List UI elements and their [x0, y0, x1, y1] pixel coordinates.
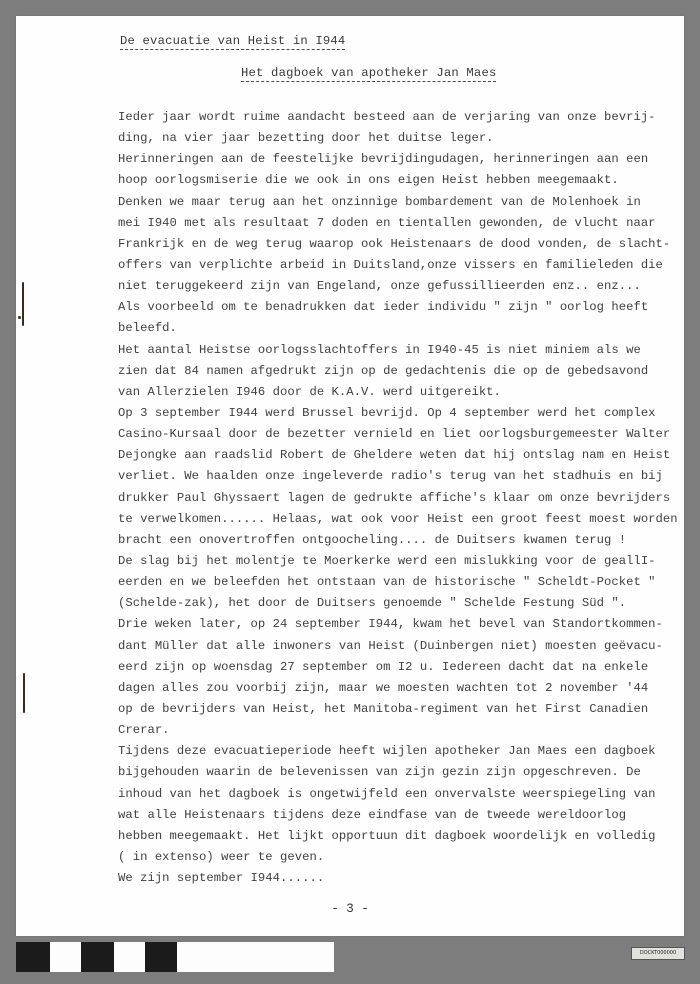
text-line: (Schelde-zak), het door de Duitsers geno… — [118, 593, 678, 614]
margin-pencil-dot — [18, 316, 21, 319]
text-line: wat alle Heistenaars tijdens deze eindfa… — [118, 805, 678, 826]
text-line: van Allerzielen I946 door de K.A.V. werd… — [118, 382, 678, 403]
document-subtitle: Het dagboek van apotheker Jan Maes — [241, 66, 496, 82]
text-line: De slag bij het molentje te Moerkerke we… — [118, 551, 678, 572]
text-line: Als voorbeeld om te benadrukken dat iede… — [118, 297, 678, 318]
text-line: op de bevrijders van Heist, het Manitoba… — [118, 699, 678, 720]
text-line: Het aantal Heistse oorlogsslachtoffers i… — [118, 340, 678, 361]
text-line: offers van verplichte arbeid in Duitslan… — [118, 255, 678, 276]
text-line: dant Müller dat alle inwoners van Heist … — [118, 636, 678, 657]
text-line: te verwelkomen...... Helaas, wat ook voo… — [118, 509, 678, 530]
scan-calibration-strip — [16, 942, 334, 972]
text-line: bijgehouden waarin de belevenissen van z… — [118, 762, 678, 783]
document-page: De evacuatie van Heist in I944 Het dagbo… — [16, 16, 684, 936]
text-line: ding, na vier jaar bezetting door het du… — [118, 128, 678, 149]
text-line: Crerar. — [118, 720, 678, 741]
text-line: Op 3 september I944 werd Brussel bevrijd… — [118, 403, 678, 424]
calibration-block — [114, 942, 145, 972]
text-line: bracht een onovertroffen ontgoocheling..… — [118, 530, 678, 551]
text-line: inhoud van het dagboek is ongetwijfeld e… — [118, 784, 678, 805]
text-line: Casino-Kursaal door de bezetter vernield… — [118, 424, 678, 445]
text-line: Herinneringen aan de feestelijke bevrijd… — [118, 149, 678, 170]
text-line: Denken we maar terug aan het onzinnige b… — [118, 192, 678, 213]
page-number: - 3 - — [16, 902, 684, 916]
archive-id-label: DOCKT000000 — [631, 947, 685, 960]
text-line: zien dat 84 namen afgedrukt zijn op de g… — [118, 361, 678, 382]
text-line: Drie weken later, op 24 september I944, … — [118, 614, 678, 635]
text-line: niet teruggekeerd zijn van Engeland, onz… — [118, 276, 678, 297]
document-body: Ieder jaar wordt ruime aandacht besteed … — [118, 107, 678, 889]
text-line: Dejongke aan raadslid Robert de Gheldere… — [118, 445, 678, 466]
calibration-block — [81, 942, 114, 972]
text-line: verliet. We haalden onze ingeleverde rad… — [118, 466, 678, 487]
margin-pencil-mark — [23, 673, 25, 713]
text-line: ( in extenso) weer te geven. — [118, 847, 678, 868]
calibration-block — [16, 942, 50, 972]
calibration-block — [50, 942, 81, 972]
text-line: hoop oorlogsmiserie die we ook in ons ei… — [118, 170, 678, 191]
text-line: hebben meegemaakt. Het lijkt opportuun d… — [118, 826, 678, 847]
text-line: We zijn september I944...... — [118, 868, 678, 889]
calibration-block — [145, 942, 177, 972]
text-line: eerden en we beleefden het ontstaan van … — [118, 572, 678, 593]
text-line: drukker Paul Ghyssaert lagen de gedrukte… — [118, 488, 678, 509]
text-line: Frankrijk en de weg terug waarop ook Hei… — [118, 234, 678, 255]
text-line: eerd zijn op woensdag 27 september om I2… — [118, 657, 678, 678]
document-title: De evacuatie van Heist in I944 — [120, 34, 345, 50]
text-line: beleefd. — [118, 318, 678, 339]
text-line: Tijdens deze evacuatieperiode heeft wijl… — [118, 741, 678, 762]
text-line: Ieder jaar wordt ruime aandacht besteed … — [118, 107, 678, 128]
calibration-block — [177, 942, 334, 972]
text-line: mei I940 met als resultaat 7 doden en ti… — [118, 213, 678, 234]
text-line: dagen alles zou voorbij zijn, maar we mo… — [118, 678, 678, 699]
margin-pencil-mark — [22, 282, 24, 326]
